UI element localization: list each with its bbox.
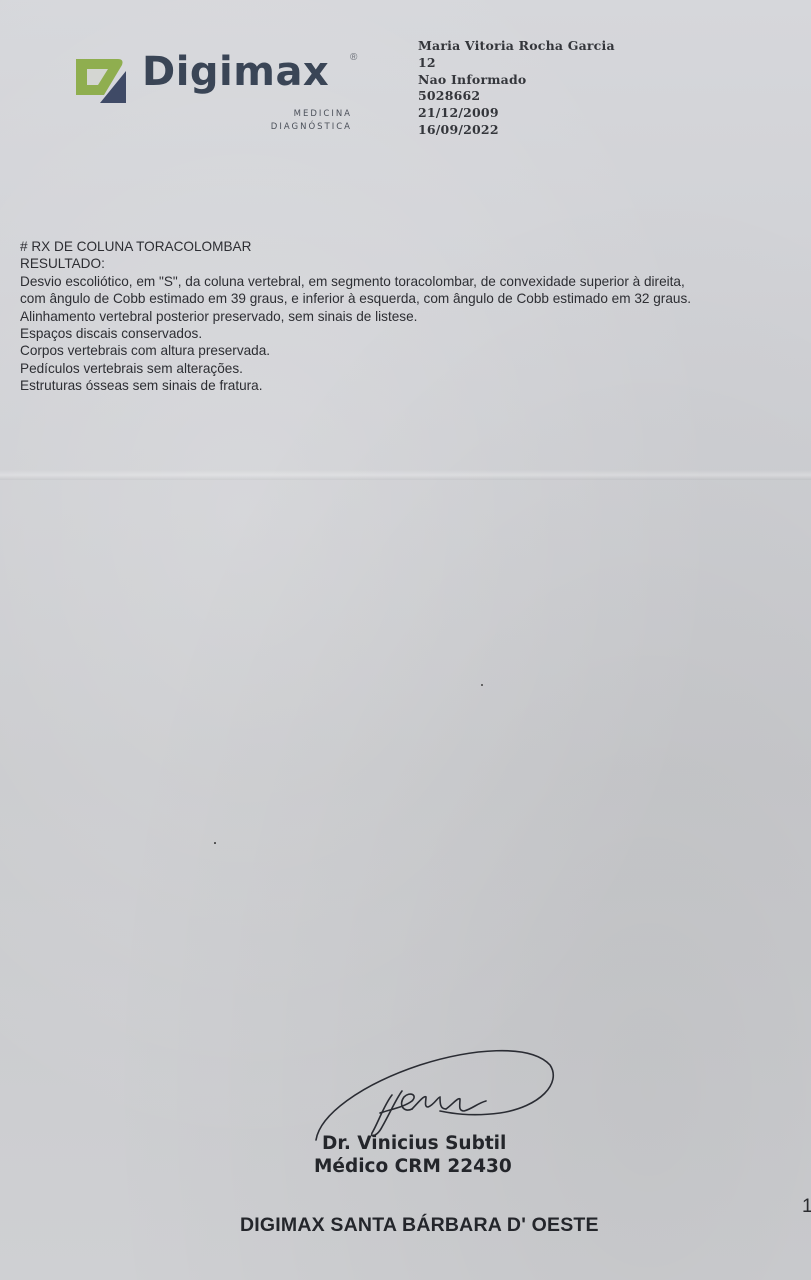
doctor-signature-block: Dr. Vinicius Subtil Médico CRM 22430 (314, 1132, 512, 1178)
logo-wordmark: Digimax (142, 49, 329, 95)
digimax-logo-mark-icon (74, 55, 128, 105)
handwritten-signature-icon (300, 1035, 570, 1145)
doctor-credential: Médico CRM 22430 (314, 1155, 512, 1178)
report-line: Desvio escoliótico, em "S", da coluna ve… (20, 273, 691, 290)
patient-record-number: 5028662 (418, 88, 615, 105)
exam-date: 16/09/2022 (418, 122, 615, 139)
registered-mark: ® (350, 52, 357, 63)
digimax-logo: Digimax ® MEDICINA DIAGNÓSTICA (74, 52, 364, 142)
logo-subtitle-medicina: MEDICINA (294, 109, 352, 119)
patient-info: Maria Vitoria Rocha Garcia 12 Nao Inform… (418, 38, 615, 139)
patient-age: 12 (418, 55, 615, 72)
report-line: Corpos vertebrais com altura preservada. (20, 342, 691, 359)
report-line: Espaços discais conservados. (20, 325, 691, 342)
result-heading: RESULTADO: (20, 255, 691, 272)
patient-field-not-informed: Nao Informado (418, 72, 615, 89)
patient-birth-date: 21/12/2009 (418, 105, 615, 122)
report-body: # RX DE COLUNA TORACOLOMBAR RESULTADO: D… (20, 238, 691, 395)
page-number: 1 (802, 1196, 811, 1218)
paper-speck (481, 684, 483, 686)
patient-name: Maria Vitoria Rocha Garcia (418, 38, 615, 55)
clinic-footer: DIGIMAX SANTA BÁRBARA D' OESTE (240, 1214, 599, 1237)
paper-speck (214, 842, 216, 844)
logo-subtitle-diagnostica: DIAGNÓSTICA (271, 122, 352, 132)
paper-fold (0, 470, 811, 480)
report-line: com ângulo de Cobb estimado em 39 graus,… (20, 290, 691, 307)
report-line: Pedículos vertebrais sem alterações. (20, 360, 691, 377)
doctor-name: Dr. Vinicius Subtil (314, 1132, 512, 1155)
exam-title: # RX DE COLUNA TORACOLOMBAR (20, 238, 691, 255)
report-line: Alinhamento vertebral posterior preserva… (20, 308, 691, 325)
report-line: Estruturas ósseas sem sinais de fratura. (20, 377, 691, 394)
